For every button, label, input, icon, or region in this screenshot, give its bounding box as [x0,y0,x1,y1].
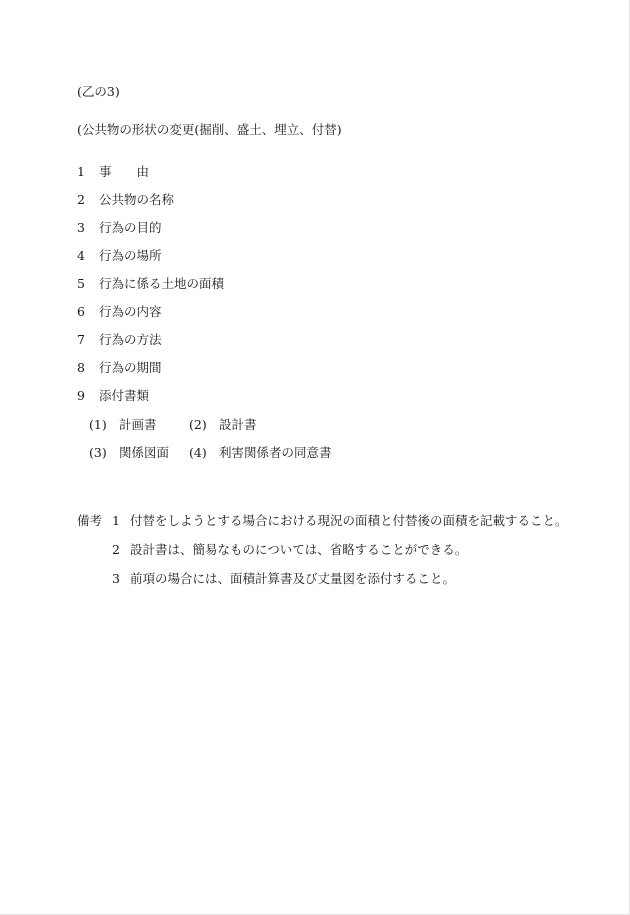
remarks-heading: 備考 [77,515,102,528]
item-8: 8行為の期間 [77,362,162,375]
item-label: 行為の場所 [99,248,162,263]
item-number: 5 [77,278,99,291]
attachment-4: (4)利害関係者の同意書 [189,447,332,460]
item-number: 9 [77,390,99,403]
item-label: 公共物の名称 [99,192,174,207]
attachment-label: 関係図面 [119,445,169,460]
item-number: 7 [77,334,99,347]
attachment-1: (1)計画書 [89,419,157,432]
item-number: 1 [77,166,99,179]
attachment-number: (4) [189,447,219,460]
remark-text: 付替をしようとする場合における現況の面積と付替後の面積を記載すること。 [130,513,568,528]
item-number: 3 [77,222,99,235]
item-label: 添付書類 [99,388,149,403]
item-3: 3行為の目的 [77,222,162,235]
remark-number: 2 [112,544,130,557]
attachment-3: (3)関係図面 [89,447,169,460]
remark-2: 2設計書は、簡易なものについては、省略することができる。 [112,544,467,557]
remark-text: 設計書は、簡易なものについては、省略することができる。 [130,542,467,557]
remark-text: 前項の場合には、面積計算書及び丈量図を添付すること。 [130,571,455,586]
item-label: 事 由 [99,164,149,179]
item-6: 6行為の内容 [77,306,162,319]
item-label: 行為の目的 [99,220,162,235]
attachment-label: 利害関係者の同意書 [219,445,332,460]
form-title: (公共物の形状の変更(掘削、盛土、埋立、付替) [77,124,342,137]
remark-number: 1 [112,515,130,528]
item-label: 行為の方法 [99,332,162,347]
item-number: 4 [77,250,99,263]
remark-1: 1付替をしようとする場合における現況の面積と付替後の面積を記載すること。 [112,515,568,528]
attachment-number: (3) [89,447,119,460]
item-4: 4行為の場所 [77,250,162,263]
attachment-number: (2) [189,419,219,432]
item-label: 行為に係る土地の面積 [99,276,224,291]
remark-3: 3前項の場合には、面積計算書及び丈量図を添付すること。 [112,573,455,586]
item-label: 行為の内容 [99,304,162,319]
remark-number: 3 [112,573,130,586]
item-number: 6 [77,306,99,319]
attachment-2: (2)設計書 [189,419,257,432]
item-label: 行為の期間 [99,360,162,375]
attachment-label: 設計書 [219,417,257,432]
item-5: 5行為に係る土地の面積 [77,278,224,291]
item-2: 2公共物の名称 [77,194,174,207]
attachment-label: 計画書 [119,417,157,432]
item-number: 2 [77,194,99,207]
item-7: 7行為の方法 [77,334,162,347]
item-9: 9添付書類 [77,390,149,403]
form-number: (乙の3) [77,86,120,99]
item-1: 1事 由 [77,166,149,179]
item-number: 8 [77,362,99,375]
document-page: (乙の3) (公共物の形状の変更(掘削、盛土、埋立、付替) 1事 由 2公共物の… [0,0,630,915]
attachment-number: (1) [89,419,119,432]
